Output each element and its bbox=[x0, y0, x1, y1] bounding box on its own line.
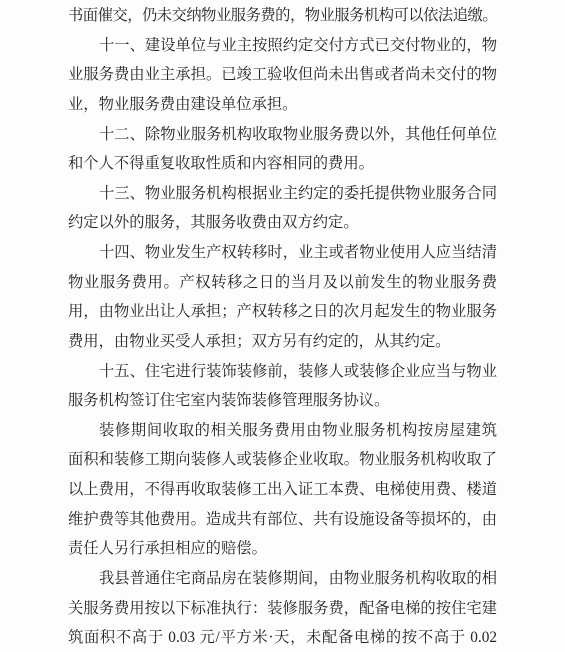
text-line: 和个人不得重复收取性质和内容相同的费用。 bbox=[68, 149, 497, 179]
text-line: 十二、除物业服务机构收取物业服务费以外，其他任何单位 bbox=[68, 120, 497, 150]
paragraph-fee-standards: 我县普通住宅商品房在装修期间，由物业服务机构收取的相 关服务费用按以下标准执行：… bbox=[68, 564, 497, 652]
text-line: 筑面积不高于 0.03 元/平方米·天，未配备电梯的按不高于 0.02 bbox=[68, 623, 497, 652]
paragraph-continuation: 书面催交，仍未交纳物业服务费的，物业服务机构可以依法追缴。 bbox=[68, 1, 497, 31]
paragraph-item-14: 十四、物业发生产权转移时，业主或者物业使用人应当结清 物业服务费用。产权转移之日… bbox=[68, 238, 497, 357]
paragraph-item-13: 十三、物业服务机构根据业主约定的委托提供物业服务合同 约定以外的服务，其服务收费… bbox=[68, 179, 497, 238]
text-line: 装修期间收取的相关服务费用由物业服务机构按房屋建筑 bbox=[68, 416, 497, 446]
text-line: 约定以外的服务，其服务收费由双方约定。 bbox=[68, 208, 497, 238]
text-line: 十三、物业服务机构根据业主约定的委托提供物业服务合同 bbox=[68, 179, 497, 209]
text-line: 业，物业服务费由建设单位承担。 bbox=[68, 90, 497, 120]
text-line: 物业服务费用。产权转移之日的当月及以前发生的物业服务费 bbox=[68, 268, 497, 298]
text-line: 关服务费用按以下标准执行：装修服务费，配备电梯的按住宅建 bbox=[68, 594, 497, 624]
text-line: 面积和装修工期向装修人或装修企业收取。物业服务机构收取了 bbox=[68, 445, 497, 475]
text-line: 十五、住宅进行装饰装修前，装修人或装修企业应当与物业 bbox=[68, 357, 497, 387]
text-line: 我县普通住宅商品房在装修期间，由物业服务机构收取的相 bbox=[68, 564, 497, 594]
text-line: 书面催交，仍未交纳物业服务费的，物业服务机构可以依法追缴。 bbox=[68, 1, 497, 31]
text-line: 业服务费由业主承担。已竣工验收但尚未出售或者尚未交付的物 bbox=[68, 60, 497, 90]
text-line: 责任人另行承担相应的赔偿。 bbox=[68, 534, 497, 564]
text-line: 费用，由物业买受人承担；双方另有约定的，从其约定。 bbox=[68, 327, 497, 357]
paragraph-item-11: 十一、建设单位与业主按照约定交付方式已交付物业的，物 业服务费由业主承担。已竣工… bbox=[68, 31, 497, 120]
paragraph-item-12: 十二、除物业服务机构收取物业服务费以外，其他任何单位 和个人不得重复收取性质和内… bbox=[68, 120, 497, 179]
text-line: 服务机构签订住宅室内装饰装修管理服务协议。 bbox=[68, 386, 497, 416]
text-line: 维护费等其他费用。造成共有部位、共有设施设备等损坏的，由 bbox=[68, 505, 497, 535]
text-line: 用，由物业出让人承担；产权转移之日的次月起发生的物业服务 bbox=[68, 297, 497, 327]
text-line: 十四、物业发生产权转移时，业主或者物业使用人应当结清 bbox=[68, 238, 497, 268]
document-page: 书面催交，仍未交纳物业服务费的，物业服务机构可以依法追缴。 十一、建设单位与业主… bbox=[0, 0, 565, 652]
text-line: 十一、建设单位与业主按照约定交付方式已交付物业的，物 bbox=[68, 31, 497, 61]
paragraph-item-15: 十五、住宅进行装饰装修前，装修人或装修企业应当与物业 服务机构签订住宅室内装饰装… bbox=[68, 357, 497, 416]
paragraph-decoration-fees: 装修期间收取的相关服务费用由物业服务机构按房屋建筑 面积和装修工期向装修人或装修… bbox=[68, 416, 497, 564]
text-line: 以上费用，不得再收取装修工出入证工本费、电梯使用费、楼道 bbox=[68, 475, 497, 505]
